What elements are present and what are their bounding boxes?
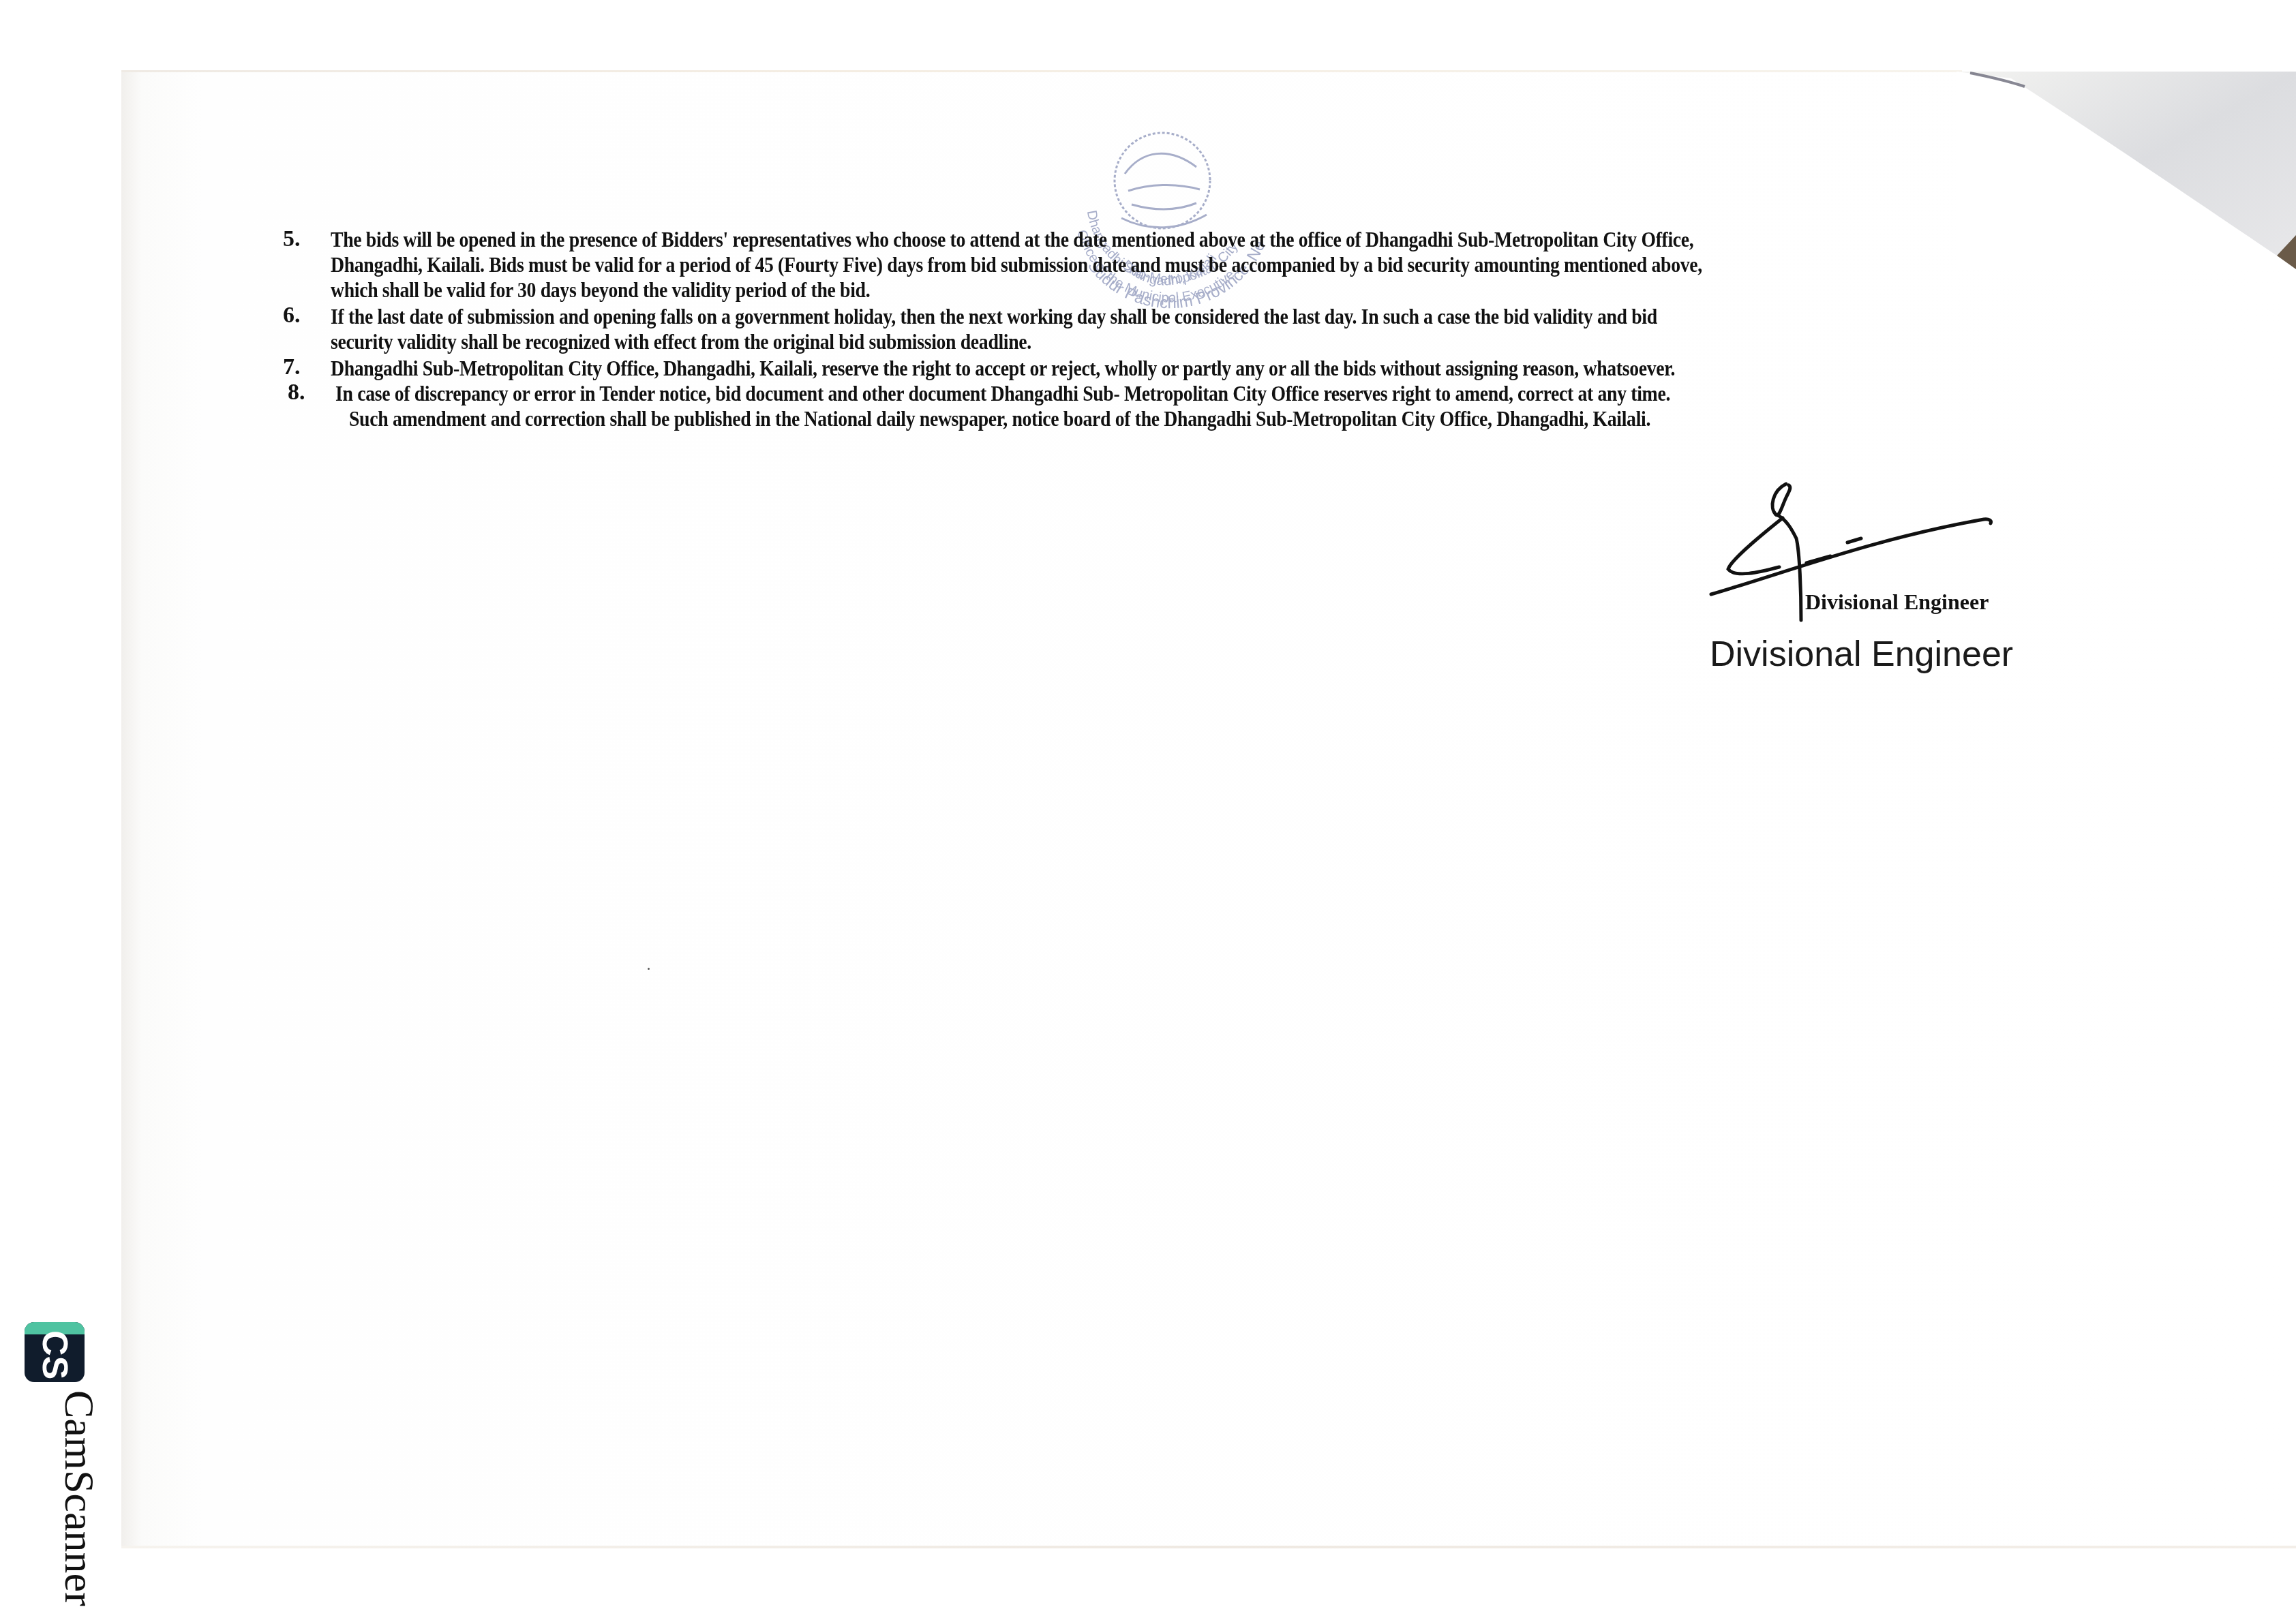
clause-number: 8. — [288, 380, 305, 405]
clause-line: Such amendment and correction shall be p… — [349, 406, 1650, 431]
clause-line: which shall be valid for 30 days beyond … — [331, 277, 870, 303]
clause-line: security validity shall be recognized wi… — [331, 329, 1031, 354]
clause-line: The bids will be opened in the presence … — [331, 227, 1693, 252]
page-top-edge — [121, 70, 1962, 72]
camscanner-logo-icon: CS — [25, 1322, 85, 1382]
clause-number: 6. — [283, 303, 301, 328]
signatory-title-stamp: Divisional Engineer — [1710, 634, 2013, 675]
clause-line: If the last date of submission and openi… — [331, 304, 1657, 329]
clause-line: In case of discrepancy or error in Tende… — [335, 381, 1670, 406]
scan-speck — [648, 968, 650, 970]
signatory-title: Divisional Engineer — [1805, 590, 1989, 615]
clause-number: 5. — [283, 226, 301, 252]
page-curl — [1957, 72, 2296, 269]
camscanner-watermark-text: CamScanner — [55, 1390, 103, 1606]
clause-line: Dhangadhi Sub-Metropolitan City Office, … — [331, 356, 1675, 381]
office-seal-stamp: Dhangadhi Sub-Metropolitan City Office o… — [1060, 109, 1285, 334]
clause-number: 7. — [283, 354, 301, 380]
handwritten-signature — [1704, 477, 2004, 641]
logo-letters: CS — [27, 1325, 82, 1382]
clause-line: Dhangadhi, Kailali. Bids must be valid f… — [331, 252, 1702, 277]
page-bottom-edge — [121, 1546, 2296, 1548]
